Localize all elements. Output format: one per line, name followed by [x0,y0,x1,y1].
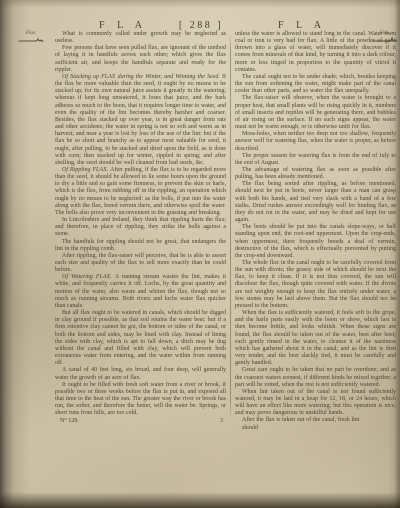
paragraph: Few persons that have seen pulled flax, … [55,45,226,74]
paragraph: It ought to be filled with fresh soft wa… [55,382,226,418]
page-edge-top [0,0,400,8]
section-heading: Of Stacking up FLAX during the Winter, a… [62,74,222,80]
page-edge-right [394,0,400,508]
paragraph: When lint taken out of the canal is not … [235,389,396,418]
page-footer: N° 128.3 [55,417,226,425]
margin-note-left-label: Flax. [26,31,36,36]
running-header-right: F L A [278,20,326,31]
paragraph: The beets should be put into the canals … [235,224,396,260]
paragraph: What is commonly called under growth may… [55,31,226,45]
page-number: [ 288 ] [179,20,223,31]
paragraph: In Lincolnshire and Ireland, they think … [55,217,226,238]
catchword: should [235,425,396,432]
signature-mark: 3 [220,417,223,425]
paragraph: The flax being sorted after rippling, as… [235,181,396,224]
paragraph: When the flax is sufficiently watered, i… [235,310,396,367]
text-columns: What is commonly called under growth may… [55,31,396,432]
book-page-scan: F L A [ 288 ] F L A Flax. Flax. What is … [0,0,400,508]
paragraph: After rippling, the flax-raiser will per… [55,253,226,274]
paragraph: A canal of 40 feet long, six broad, and … [55,367,226,381]
paragraph: After the flax is taken out of the canal… [235,417,396,424]
paragraph: The canal ought not to be under shade; w… [235,74,396,95]
paragraph: Of Rippling FLAX. After pulling, if the … [55,167,226,217]
paragraph: unless the water is allowed to stand lon… [235,31,396,74]
page-edge-bottom [0,492,400,508]
paragraph: Moss-holes, when neither too deep nor to… [235,131,396,152]
paragraph: Of Watering FLAX. A running stream waste… [55,274,226,310]
column-left: What is commonly called under growth may… [55,31,226,432]
paragraph: The flax-raiser will observe, when the w… [235,95,396,131]
paragraph: The handfuls for rippling should not be … [55,239,226,253]
flourish-icon [18,37,44,45]
running-header-left: F L A [99,20,147,31]
section-heading: Of Watering FLAX. [62,274,115,280]
paragraph: Great care ought to be taken that no par… [235,367,396,388]
issue-number: N° 128. [60,417,79,425]
paragraph: Of Stacking up FLAX during the Winter, a… [55,74,226,167]
paragraph: The advantage of watering flax as soon a… [235,167,396,181]
section-heading: Of Rippling FLAX. [62,167,110,173]
column-right: unless the water is allowed to stand lon… [235,31,396,432]
margin-note-left: Flax. [14,31,48,45]
paragraph: The whole flax in the canal ought to be … [235,260,396,310]
column-rule [230,33,231,418]
paragraph: But all flax ought to be watered in cana… [55,310,226,367]
paragraph: The proper season for watering flax is f… [235,153,396,167]
